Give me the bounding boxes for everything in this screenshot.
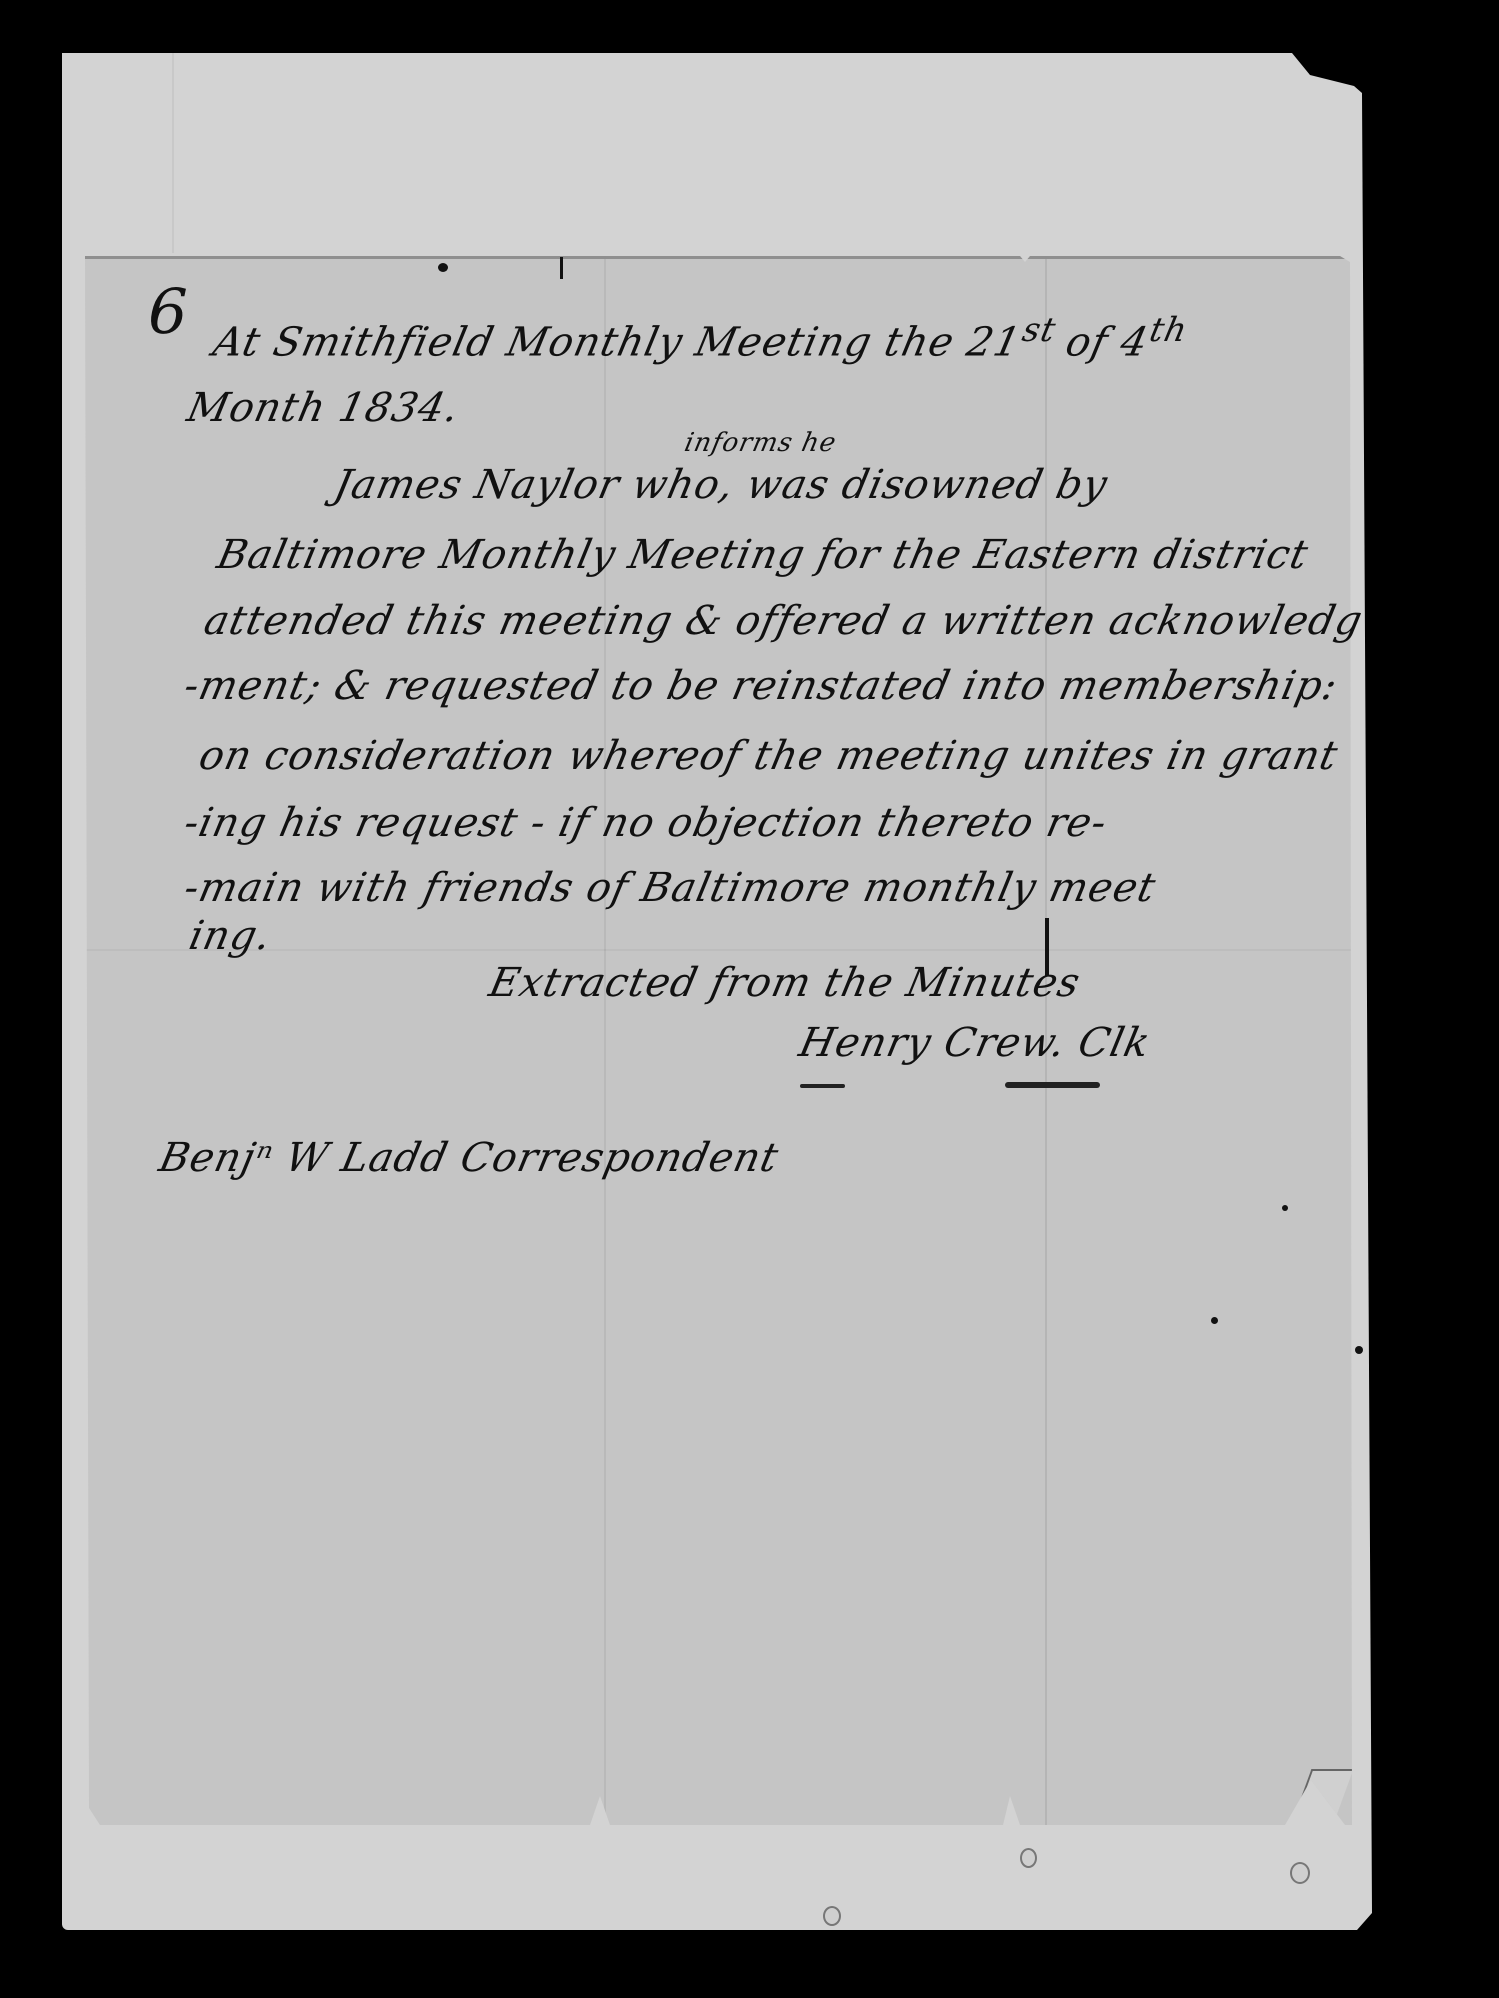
body-line: -ment; & requested to be reinstated into… xyxy=(180,663,1342,709)
body-line: on consideration whereof the meeting uni… xyxy=(195,733,1342,779)
water-stain xyxy=(823,1906,841,1926)
signature-underline xyxy=(1005,1082,1100,1088)
attestation: Extracted from the Minutes xyxy=(485,960,1084,1006)
body-line: James Naylor who, was disowned by xyxy=(330,462,1112,508)
fold-line-horizontal xyxy=(85,949,1352,951)
water-stain xyxy=(1290,1862,1310,1884)
heading-meeting-date: At Smithfield Monthly Meeting the 21 xyxy=(209,319,1025,365)
body-line: ing. xyxy=(185,913,276,959)
heading-line-2: Month 1834. xyxy=(183,385,464,431)
heading-line-1: At Smithfield Monthly Meeting the 21st o… xyxy=(209,310,1191,365)
body-line: -ing his request - if no objection there… xyxy=(180,800,1111,846)
ink-spot xyxy=(438,263,448,272)
signature-underline xyxy=(800,1084,845,1088)
ink-spot xyxy=(1282,1205,1288,1211)
water-stain xyxy=(1020,1848,1037,1868)
ink-spot xyxy=(1355,1346,1363,1354)
interlinear-insertion: informs he xyxy=(682,428,840,458)
ink-mark xyxy=(560,257,563,279)
body-line: attended this meeting & offered a writte… xyxy=(200,598,1367,644)
correspondent-endorsement: Benjⁿ W Ladd Correspondent xyxy=(155,1135,783,1181)
body-line: -main with friends of Baltimore monthly … xyxy=(180,865,1160,911)
ink-spot xyxy=(1211,1317,1218,1324)
clerk-signature: Henry Crew. Clk xyxy=(795,1020,1154,1066)
heading-month: of 4 xyxy=(1048,319,1153,365)
body-line: Baltimore Monthly Meeting for the Easter… xyxy=(213,532,1312,578)
